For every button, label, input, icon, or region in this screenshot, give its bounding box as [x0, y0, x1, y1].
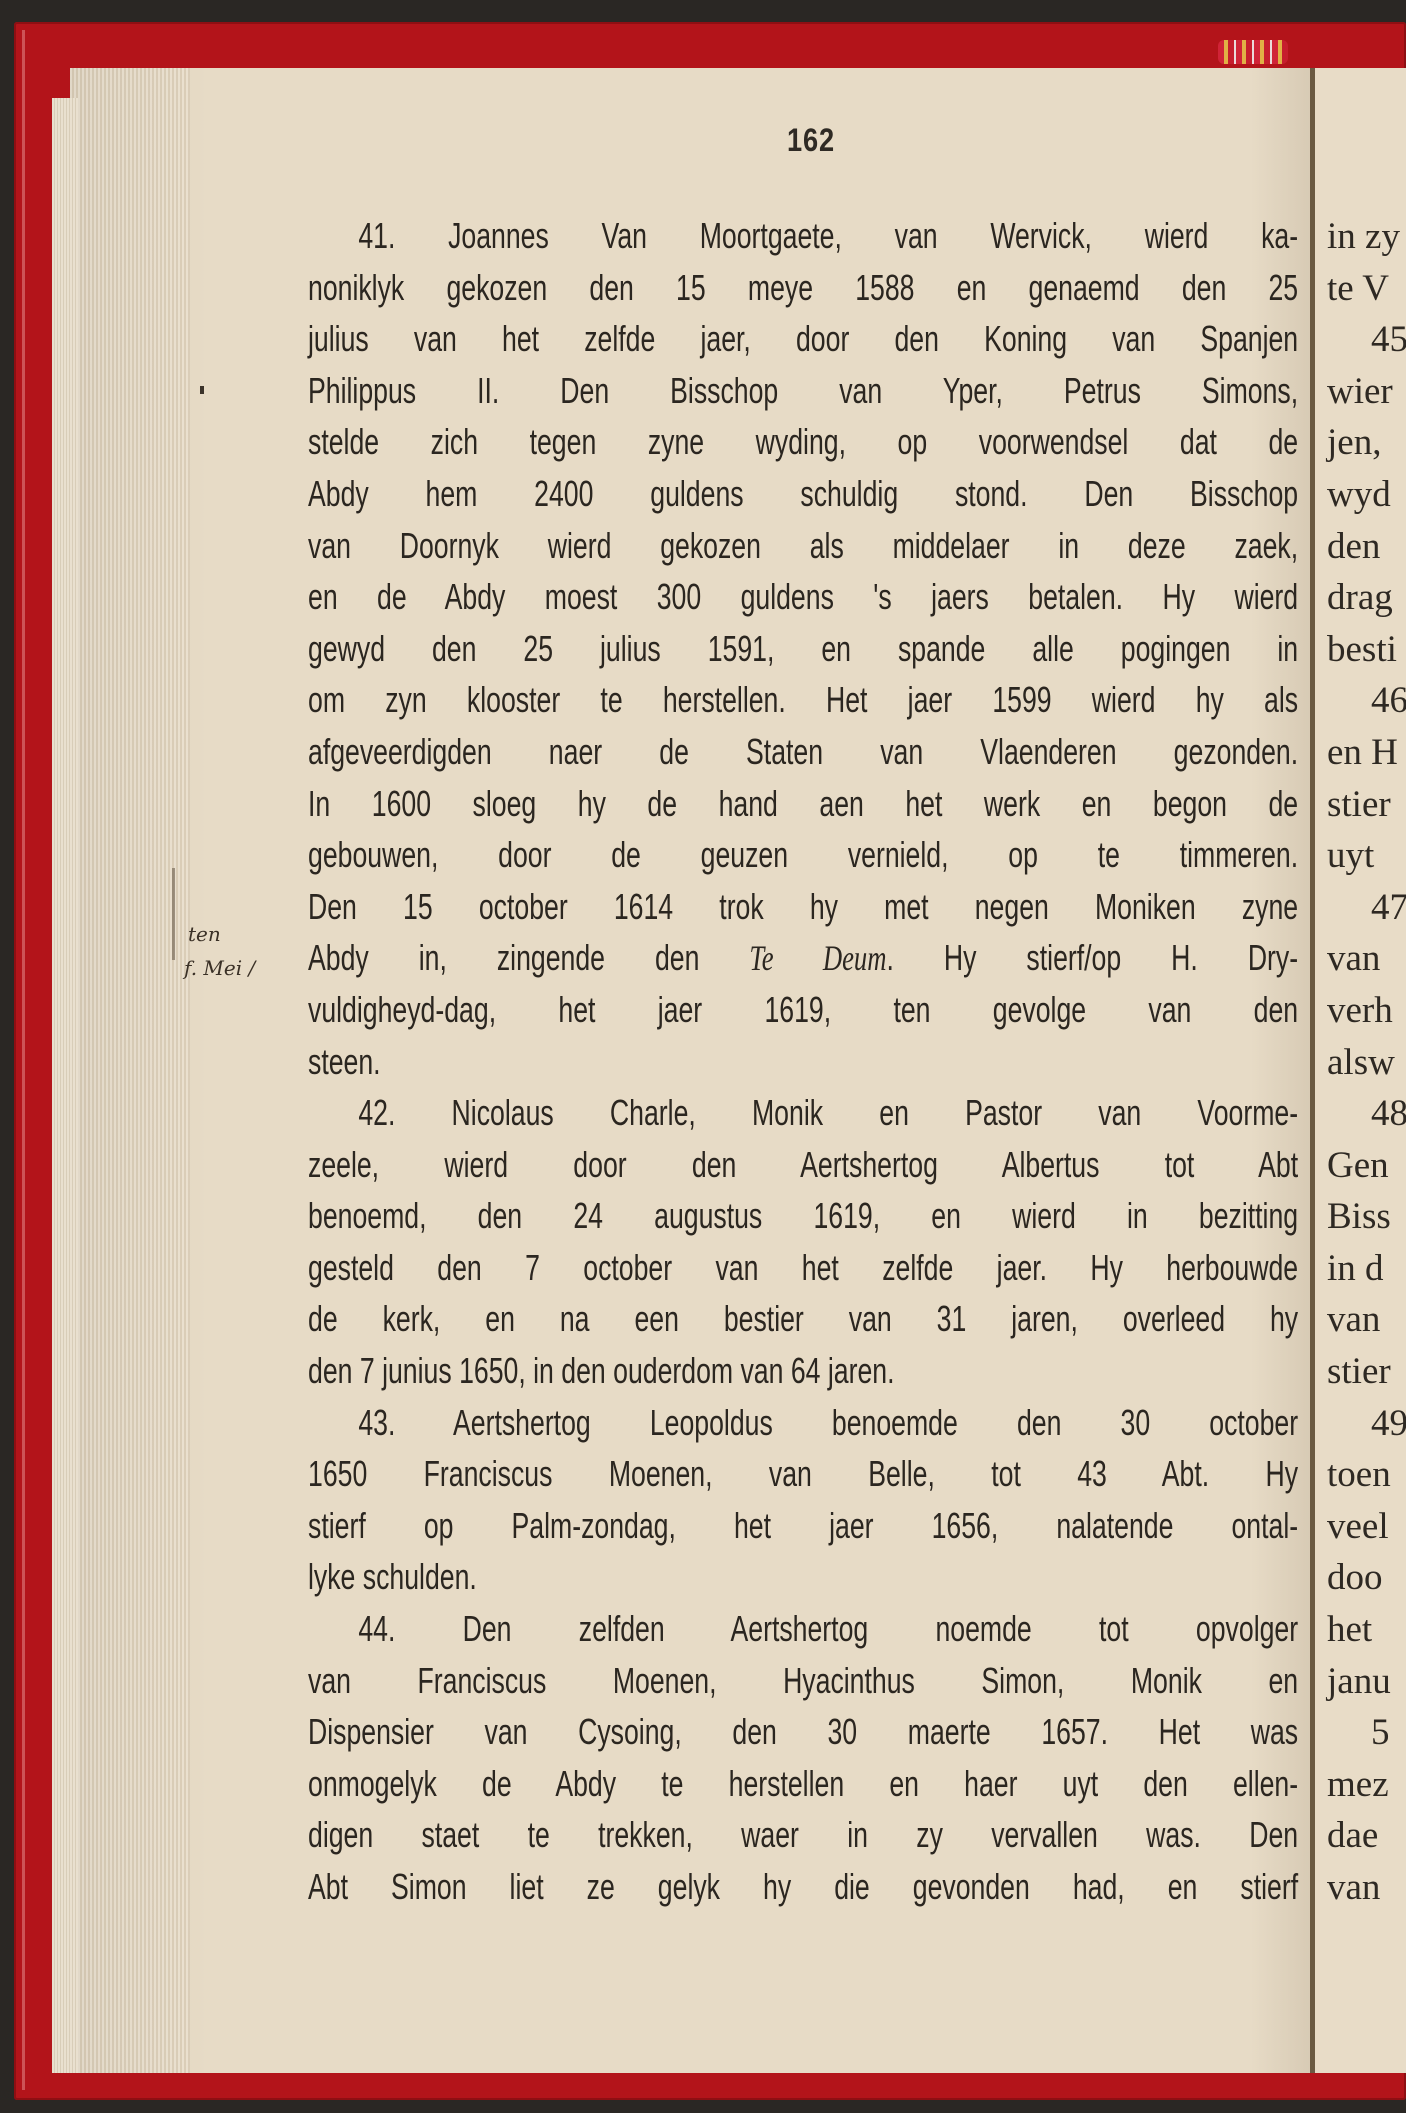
text-line: jen, [1327, 417, 1406, 469]
text-line: alsw [1327, 1037, 1406, 1089]
right-page-fragment: in zy te V 45 wier jen, wyd den drag bes… [1315, 68, 1406, 2073]
text-line: de kerk, en na een bestier van 31 jaren,… [308, 1293, 1298, 1345]
text-line: verh [1327, 985, 1406, 1037]
text-line: Dispensier van Cysoing, den 30 maerte 16… [308, 1706, 1298, 1758]
text-line: den [1327, 521, 1406, 573]
right-page-body: in zy te V 45 wier jen, wyd den drag bes… [1327, 211, 1406, 1914]
text-line: van Franciscus Moenen, Hyacinthus Simon,… [308, 1655, 1298, 1707]
text-line: stier [1327, 779, 1406, 831]
text-line: en de Abdy moest 300 guldens 's jaers be… [308, 571, 1298, 623]
text-line: onmogelyk de Abdy te herstellen en haer … [308, 1758, 1298, 1810]
text-line: van [1327, 1862, 1406, 1914]
text-line: 49 [1327, 1398, 1406, 1450]
page-fore-edge [70, 68, 190, 2073]
text-line: van [1327, 1294, 1406, 1346]
text-line-te-deum: Abdy in, zingende den Te Deum. Hy stierf… [308, 932, 1298, 984]
text-line: Biss [1327, 1191, 1406, 1243]
text-line: besti [1327, 624, 1406, 676]
text-line: drag [1327, 572, 1406, 624]
text-line: 47 [1327, 882, 1406, 934]
text-line: dae [1327, 1810, 1406, 1862]
text-line: te V [1327, 263, 1406, 315]
text-line: gewyd den 25 julius 1591, en spande alle… [308, 623, 1298, 675]
cover-edge-highlight [22, 30, 25, 2090]
text-line: janu [1327, 1656, 1406, 1708]
text-line: Den 15 october 1614 trok hy met negen Mo… [308, 881, 1298, 933]
text-line: 45 [1327, 314, 1406, 366]
text-line: stelde zich tegen zyne wyding, op voorwe… [308, 416, 1298, 468]
text-line: 46 [1327, 675, 1406, 727]
margin-pencil-line [172, 868, 175, 960]
text-line: veel [1327, 1501, 1406, 1553]
text-line: toen [1327, 1449, 1406, 1501]
text-line: 42. Nicolaus Charle, Monik en Pastor van… [308, 1087, 1298, 1139]
page-number: 162 [787, 122, 835, 159]
text-line: julius van het zelfde jaer, door den Kon… [308, 313, 1298, 365]
text-line: lyke schulden. [308, 1551, 1298, 1603]
text-line: wyd [1327, 469, 1406, 521]
text-line: 48 [1327, 1088, 1406, 1140]
text-line: mez [1327, 1759, 1406, 1811]
text-line: 41. Joannes Van Moortgaete, van Wervick,… [308, 210, 1298, 262]
text-line: gebouwen, door de geuzen vernield, op te… [308, 829, 1298, 881]
text-line: In 1600 sloeg hy de hand aen het werk en… [308, 778, 1298, 830]
text-line: stierf op Palm-zondag, het jaer 1656, na… [308, 1500, 1298, 1552]
text-line: doo [1327, 1552, 1406, 1604]
text-line: 44. Den zelfden Aertshertog noemde tot o… [308, 1603, 1298, 1655]
text-span: . Hy stierf/op H. Dry- [886, 937, 1298, 978]
headband [1218, 40, 1288, 64]
text-line: den 7 junius 1650, in den ouderdom van 6… [308, 1345, 1298, 1397]
text-line: noniklyk gekozen den 15 meye 1588 en gen… [308, 262, 1298, 314]
text-line: Gen [1327, 1140, 1406, 1192]
text-line: gesteld den 7 october van het zelfde jae… [308, 1242, 1298, 1294]
page-stack-edge [52, 98, 78, 2073]
text-line: uyt [1327, 830, 1406, 882]
text-line: en H [1327, 727, 1406, 779]
margin-ink-mark [200, 386, 204, 394]
italic-te-deum: Te Deum [749, 938, 886, 978]
text-line: Philippus II. Den Bisschop van Yper, Pet… [308, 365, 1298, 417]
text-span: Abdy in, zingende den [308, 937, 749, 978]
handwritten-note-line-2: f. Mei / [184, 956, 255, 980]
text-line: 5 [1327, 1707, 1406, 1759]
text-line: Abdy hem 2400 guldens schuldig stond. De… [308, 468, 1298, 520]
text-line: in d [1327, 1243, 1406, 1295]
text-line: zeele, wierd door den Aertshertog Albert… [308, 1139, 1298, 1191]
handwritten-note-line-1: ten [188, 922, 221, 946]
text-line: Abt Simon liet ze gelyk hy die gevonden … [308, 1861, 1298, 1913]
text-line: stier [1327, 1346, 1406, 1398]
text-line: in zy [1327, 211, 1406, 263]
text-line: het [1327, 1604, 1406, 1656]
text-line: van Doornyk wierd gekozen als middelaer … [308, 520, 1298, 572]
text-line: 43. Aertshertog Leopoldus benoemde den 3… [308, 1397, 1298, 1449]
text-line: van [1327, 933, 1406, 985]
text-line: digen staet te trekken, waer in zy verva… [308, 1809, 1298, 1861]
text-line: steen. [308, 1036, 1298, 1088]
left-page-body: 41. Joannes Van Moortgaete, van Wervick,… [308, 210, 1298, 1913]
text-line: afgeveerdigden naer de Staten van Vlaend… [308, 726, 1298, 778]
text-line: om zyn klooster te herstellen. Het jaer … [308, 674, 1298, 726]
text-line: wier [1327, 366, 1406, 418]
text-line: vuldigheyd-dag, het jaer 1619, ten gevol… [308, 984, 1298, 1036]
text-line: 1650 Franciscus Moenen, van Belle, tot 4… [308, 1448, 1298, 1500]
text-line: benoemd, den 24 augustus 1619, en wierd … [308, 1190, 1298, 1242]
